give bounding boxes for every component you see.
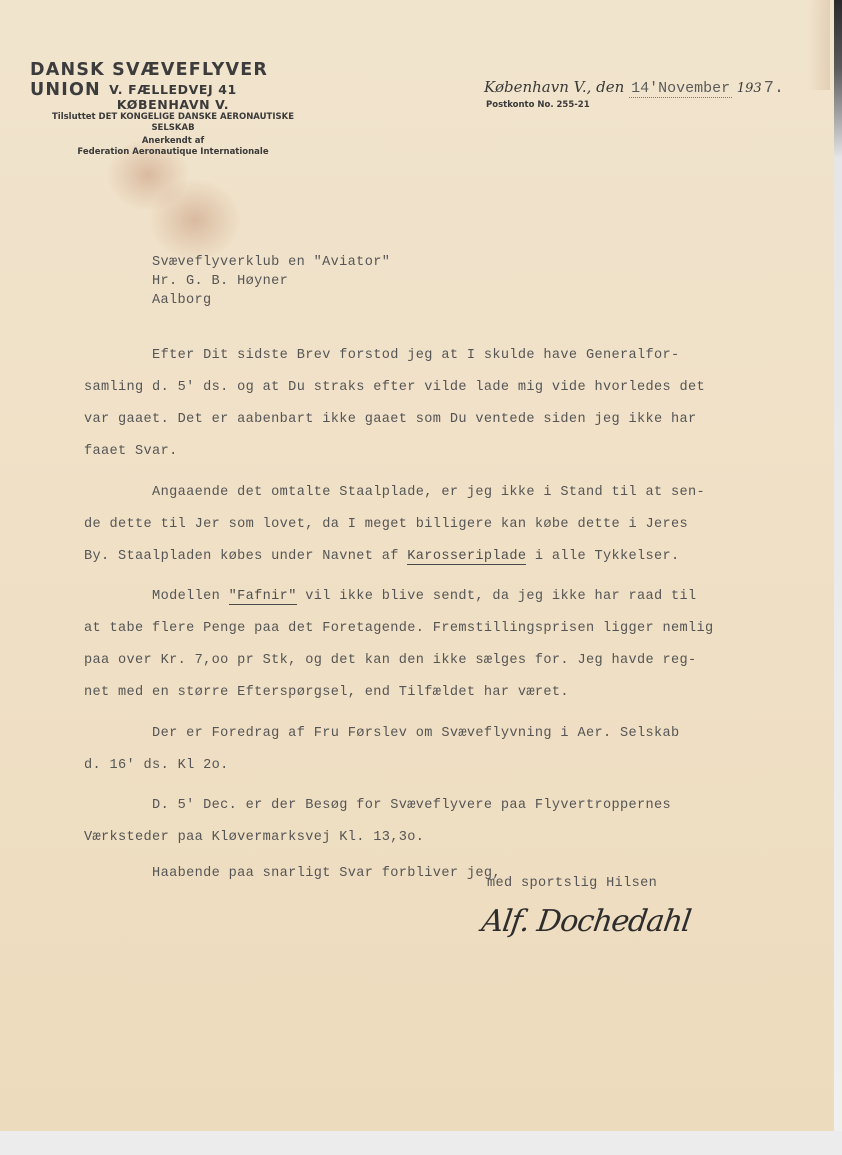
underlined-term-fafnir: "Fafnir" (229, 589, 297, 605)
body-line: Efter Dit sidste Brev forstod jeg at I s… (84, 348, 680, 363)
postkonto-number: Postkonto No. 255-21 (486, 100, 590, 110)
recipient-city: Aalborg (152, 291, 390, 310)
letter-paper: DANSK SVÆVEFLYVER UNION V. FÆLLEDVEJ 41 … (0, 0, 836, 1131)
recipient-address: Svæveflyverklub en "Aviator" Hr. G. B. H… (152, 253, 390, 310)
body-line-tail: i alle Tykkelser. (526, 549, 679, 564)
closing-salutation: med sportslig Hilsen (487, 876, 657, 891)
underlined-term-karosseriplade: Karosseriplade (407, 549, 526, 565)
recipient-name: Hr. G. B. Høyner (152, 272, 390, 291)
body-line-head: By. Staalpladen købes under Navnet af (84, 549, 407, 564)
body-line: d. 16' ds. Kl 2o. (84, 758, 229, 773)
body-line: Angaaende det omtalte Staalplade, er jeg… (84, 485, 705, 500)
scan-edge (834, 0, 842, 1131)
body-line: samling d. 5' ds. og at Du straks efter … (84, 380, 705, 395)
body-line: net med en større Efterspørgsel, end Til… (84, 685, 569, 700)
letterhead-affiliation-cont: SELSKAB (28, 123, 318, 133)
dateline-year-prefix: 193 (737, 81, 762, 96)
body-line: Der er Foredrag af Fru Førslev om Svævef… (84, 726, 680, 741)
paper-corner-fold (808, 0, 830, 90)
body-line-with-underline: Modellen "Fafnir" vil ikke blive sendt, … (84, 589, 697, 604)
dateline-place: København V., den (484, 78, 624, 96)
body-line-tail: vil ikke blive sendt, da jeg ikke har ra… (297, 589, 697, 604)
body-line: Værksteder paa Kløvermarksvej Kl. 13,3o. (84, 830, 424, 845)
dateline: København V., den 14'November 1937. (484, 78, 786, 98)
recipient-club: Svæveflyverklub en "Aviator" (152, 253, 390, 272)
body-line: Haabende paa snarligt Svar forbliver jeg… (84, 866, 501, 881)
body-line: D. 5' Dec. er der Besøg for Svæveflyvere… (84, 798, 671, 813)
letterhead-street: V. FÆLLEDVEJ 41 (28, 82, 318, 97)
body-line: paa over Kr. 7,oo pr Stk, og det kan den… (84, 653, 697, 668)
dateline-year-suffix: 7. (762, 79, 786, 98)
letterhead-recognition-cont: Federation Aeronautique Internationale (28, 147, 318, 157)
body-line-with-underline: By. Staalpladen købes under Navnet af Ka… (84, 549, 680, 564)
letterhead-city: KØBENHAVN V. (28, 97, 318, 112)
body-line: faaet Svar. (84, 444, 178, 459)
letterhead-recognition: Anerkendt af (28, 136, 318, 146)
body-line: var gaaet. Det er aabenbart ikke gaaet s… (84, 412, 697, 427)
body-line: at tabe flere Penge paa det Foretagende.… (84, 621, 714, 636)
stain-mark (150, 180, 240, 260)
letterhead-affiliation: Tilsluttet DET KONGELIGE DANSKE AERONAUT… (28, 112, 318, 122)
body-line: de dette til Jer som lovet, da I meget b… (84, 517, 688, 532)
body-line-head: Modellen (84, 589, 229, 604)
dateline-typed-date: 14'November (629, 80, 732, 98)
handwritten-signature: Alf. Dochedahl (480, 904, 693, 939)
